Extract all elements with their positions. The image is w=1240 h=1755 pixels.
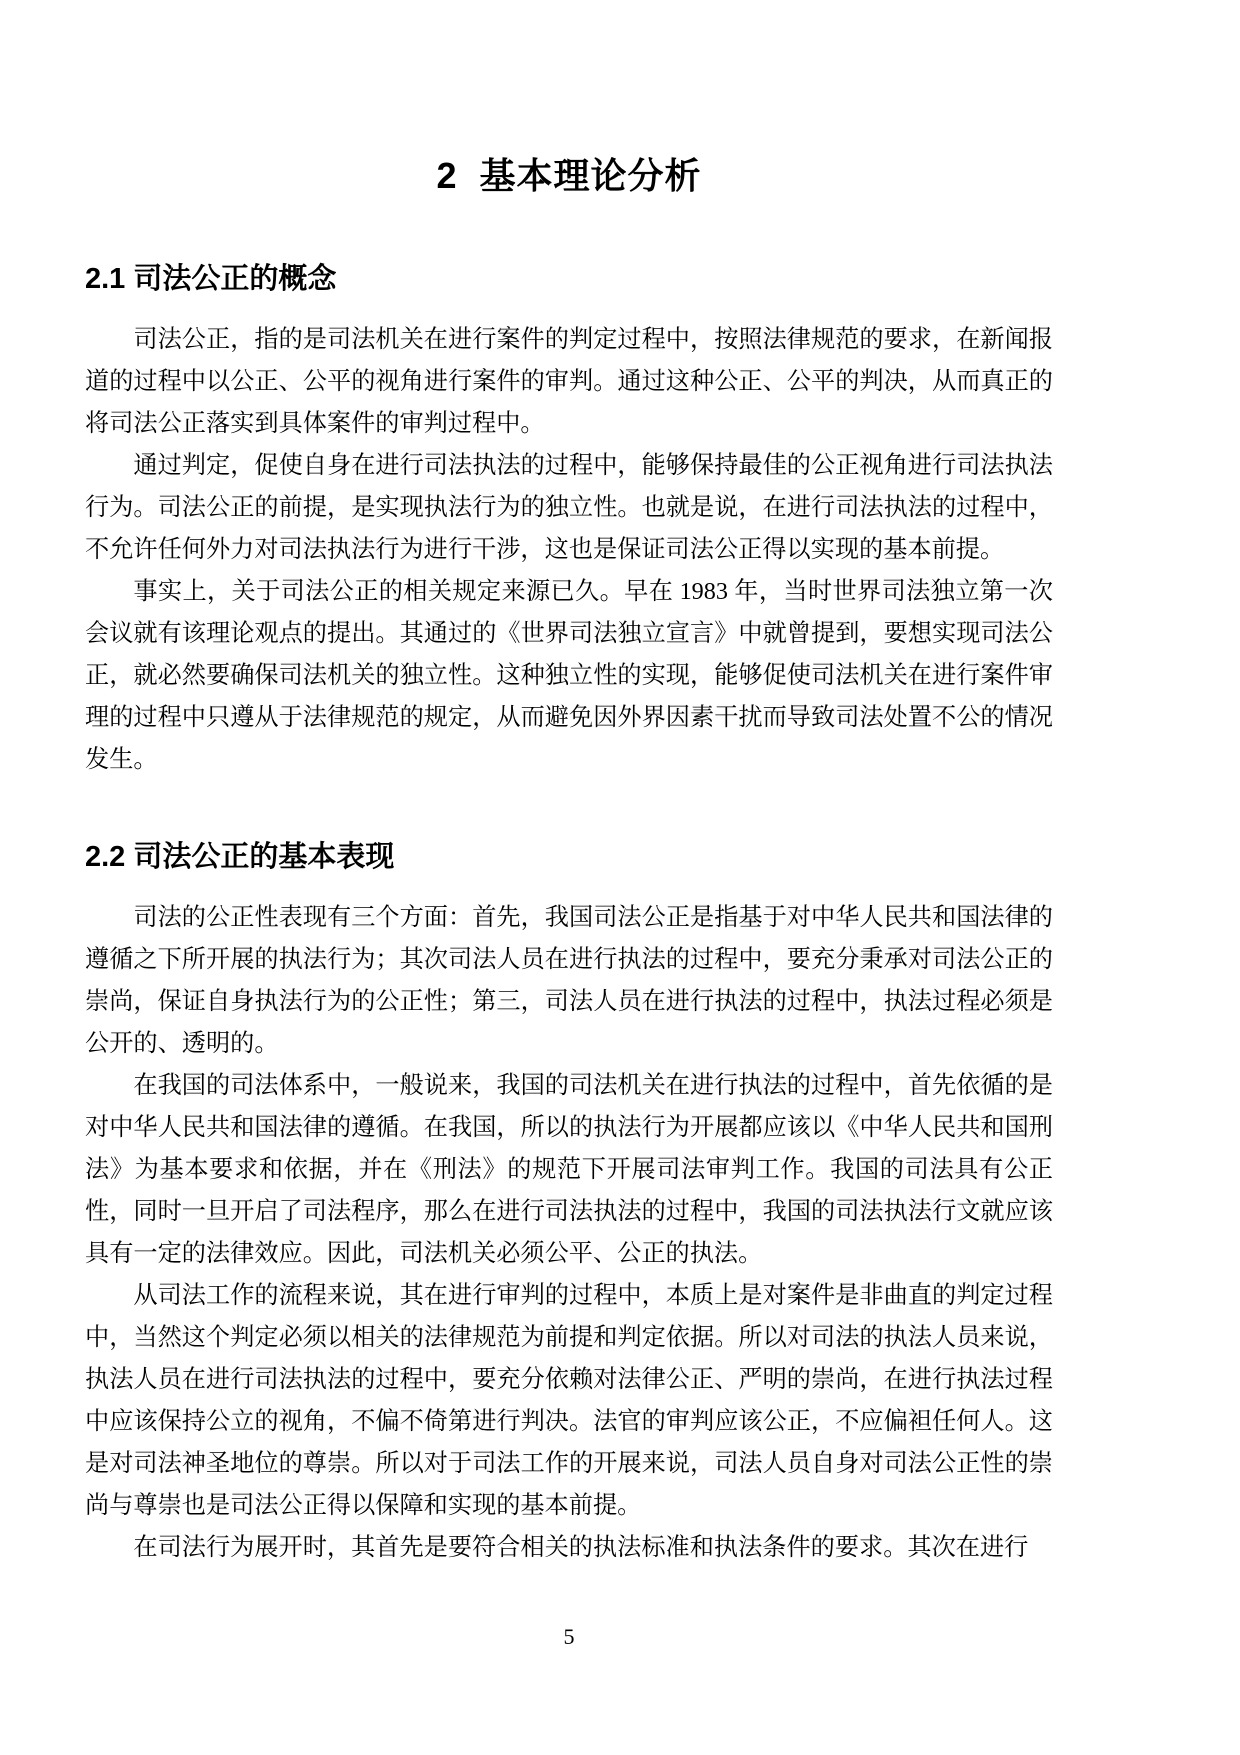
page-title: 2 基本理论分析: [85, 155, 1053, 197]
paragraph: 在我国的司法体系中，一般说来，我国的司法机关在进行执法的过程中，首先依循的是对中…: [85, 1065, 1053, 1275]
paragraph: 司法的公正性表现有三个方面：首先，我国司法公正是指基于对中华人民共和国法律的遵循…: [85, 897, 1053, 1065]
section-heading-2-1: 2.1 司法公正的概念: [85, 261, 1053, 297]
paragraph: 司法公正，指的是司法机关在进行案件的判定过程中，按照法律规范的要求，在新闻报道的…: [85, 319, 1053, 445]
paragraph: 在司法行为展开时，其首先是要符合相关的执法标准和执法条件的要求。其次在进行: [85, 1527, 1053, 1569]
paragraph: 事实上，关于司法公正的相关规定来源已久。早在 1983 年，当时世界司法独立第一…: [85, 571, 1053, 781]
paragraph: 从司法工作的流程来说，其在进行审判的过程中，本质上是对案件是非曲直的判定过程中，…: [85, 1275, 1053, 1527]
document-page: 2 基本理论分析 2.1 司法公正的概念 司法公正，指的是司法机关在进行案件的判…: [0, 0, 1240, 1755]
paragraph: 通过判定，促使自身在进行司法执法的过程中，能够保持最佳的公正视角进行司法执法行为…: [85, 445, 1053, 571]
text-column: 2 基本理论分析 2.1 司法公正的概念 司法公正，指的是司法机关在进行案件的判…: [85, 0, 1053, 1569]
page-number: 5: [85, 1622, 1053, 1652]
section-heading-2-2: 2.2 司法公正的基本表现: [85, 839, 1053, 875]
